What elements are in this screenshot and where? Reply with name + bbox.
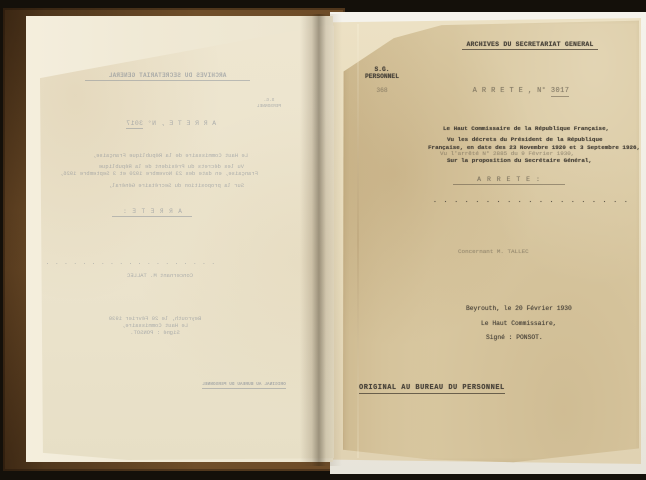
show-through-dotted-line: . . . . . . . . . . . . . . . . . . .	[45, 259, 215, 266]
service-block: S.G. PERSONNEL	[356, 66, 408, 80]
archival-book-scan: ARCHIVES DU SECRETARIAT GENERAL S.G. PER…	[0, 0, 646, 480]
show-through-title: A R R E T E , N° 3017	[117, 120, 225, 127]
concerning-line: Concernant M. TALLEC	[458, 248, 529, 255]
right-page	[340, 18, 639, 464]
archive-header: ARCHIVES DU SECRETARIAT GENERAL	[462, 41, 598, 50]
show-through-footer: ORIGINAL AU BUREAU DU PERSONNEL	[202, 382, 286, 389]
left-page: ARCHIVES DU SECRETARIAT GENERAL S.G. PER…	[40, 16, 334, 460]
show-through-archive-header: ARCHIVES DU SECRETARIAT GENERAL	[85, 72, 250, 81]
service-line1: S.G.	[356, 66, 408, 73]
show-through-place-date: Beyrouth, le 20 Février 1930	[95, 315, 215, 322]
show-through-service-line2: PERSONNEL	[254, 104, 284, 110]
show-through-proposition: Sur la proposition du Secrétaire Général…	[109, 182, 244, 189]
show-through-title-label: A R R E T E , N°	[147, 120, 216, 127]
signed-line: Signé : PONSOT.	[486, 334, 543, 341]
vu-faint-line: Vu l'arrêté N° 2885 du 9 Février 1930,	[440, 150, 574, 157]
decree-title-label: A R R E T E , N°	[473, 87, 547, 95]
arrete-heading: A R R E T E :	[453, 176, 565, 185]
salutation-line: Le Haut Commissaire de la République Fra…	[443, 125, 609, 132]
show-through-concerning: Concernant M. TALLEC	[110, 272, 210, 279]
vu-line1: Vu les décrets du Président de la Républ…	[447, 136, 603, 143]
show-through-signer: Le Haut Commissaire,	[95, 322, 215, 329]
proposition-line: Sur la proposition du Secrétaire Général…	[447, 157, 592, 164]
dotted-line: . . . . . . . . . . . . . . . . . . .	[433, 197, 629, 204]
decree-title: A R R E T E , N° 3017	[448, 87, 594, 95]
original-footer: ORIGINAL AU BUREAU DU PERSONNEL	[359, 384, 505, 394]
decree-title-number: 3017	[551, 87, 569, 97]
place-date-line: Beyrouth, le 20 Février 1930	[466, 305, 572, 312]
show-through-signed: Signé : PONSOT.	[95, 329, 215, 336]
show-through-text: ARCHIVES DU SECRETARIAT GENERAL S.G. PER…	[40, 16, 334, 460]
show-through-salutation: Le Haut Commissaire de la République Fra…	[93, 152, 248, 159]
signer-line: Le Haut Commissaire,	[481, 320, 557, 327]
show-through-vu2: Française, en date des 23 Novembre 1920 …	[60, 170, 258, 177]
show-through-arrete-heading: A R R E T E :	[112, 208, 192, 217]
show-through-service: S.G. PERSONNEL	[254, 98, 284, 109]
folio-number: 368	[364, 87, 400, 94]
service-line2: PERSONNEL	[356, 73, 408, 80]
show-through-vu1: Vu les décrets du Président de la Républ…	[99, 163, 244, 170]
show-through-title-number: 3017	[126, 120, 143, 129]
